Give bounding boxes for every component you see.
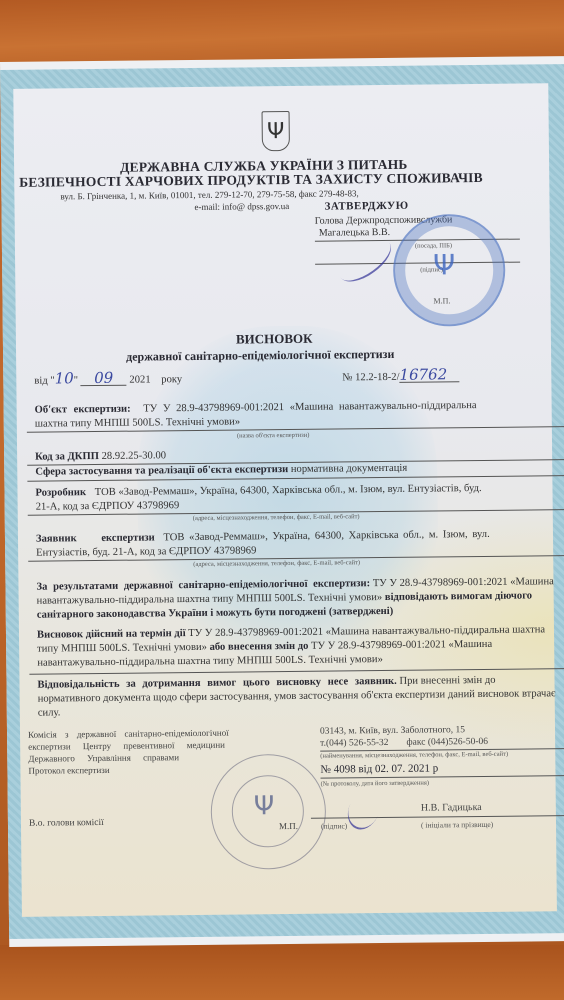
coat-of-arms-icon: Ψ — [262, 111, 290, 151]
developer-line2: 21-А, код за ЄДРПОУ 43798969 — [36, 499, 180, 515]
head-name: Н.В. Гадицька — [421, 802, 482, 814]
developer-label: Розробник — [35, 487, 86, 499]
responsibility-bold: Відповідальність за дотримання вимог цьо… — [37, 676, 396, 691]
validity-amend: або внесення змін до — [210, 641, 309, 653]
approval-stamp-label: М.П. — [433, 296, 450, 305]
stamp-trident-icon: Ψ — [254, 791, 275, 821]
applicant-label: Заявник експертизи — [36, 532, 155, 544]
object-line1: Об'єкт експертизи: ТУ У 28.9-43798969-00… — [35, 398, 550, 417]
scope-value: нормативна документація — [291, 463, 407, 475]
results-spec: ТУ У 28.9-43798969-001:2021 — [373, 577, 508, 589]
document-number: № 12.2-18-2/16762 — [342, 367, 459, 385]
agency-email: e-mail: info@ dpss.gov.ua — [194, 201, 289, 212]
object-value: ТУ У 28.9-43798969-001:2021 «Машина нава… — [143, 400, 476, 414]
document-body: Ψ ДЕРЖАВНА СЛУЖБА УКРАЇНИ З ПИТАНЬ БЕЗПЕ… — [13, 83, 557, 917]
approval-stamp: Ψ — [393, 214, 506, 327]
commission-stamp: Ψ — [210, 754, 326, 870]
date-day: 10 — [55, 369, 74, 387]
protocol-rule — [321, 775, 564, 779]
commission-stamp-label: М.П. — [279, 821, 298, 831]
scope-label: Сфера застосування та реалізації об'єкта… — [35, 464, 288, 478]
date-prefix: від — [34, 376, 47, 387]
approval-title: ЗАТВЕРДЖУЮ — [324, 200, 408, 213]
object-label: Об'єкт експертизи: — [35, 404, 131, 416]
results-paragraph: За результатами державної санітарно-епід… — [36, 575, 556, 622]
date-suffix: року — [161, 374, 182, 385]
date-month: 09 — [81, 371, 127, 386]
approval-name: Магалецька В.В. — [319, 227, 390, 239]
validity-spec: ТУ У 28.9-43798969-001:2021 «Машина нава… — [188, 625, 509, 639]
commission-head-label: В.о. голови комісії — [29, 818, 104, 829]
commission-contact: 03143, м. Київ, вул. Заболотного, 15 т.(… — [320, 724, 488, 750]
document-sheet: Ψ ДЕРЖАВНА СЛУЖБА УКРАЇНИ З ПИТАНЬ БЕЗПЕ… — [0, 56, 564, 947]
number-prefix: № 12.2-18-2/ — [342, 372, 399, 384]
number-handwritten: 16762 — [399, 367, 459, 383]
commission-phone: т.(044) 526-55-32 — [320, 738, 388, 749]
agency-address: вул. Б. Грінченка, 1, м. Київ, 01001, те… — [60, 188, 358, 201]
applicant-value: ТОВ «Завод-Реммаш», Україна, 64300, Харк… — [163, 529, 489, 543]
results-conform: відповідають — [385, 591, 448, 603]
head-signature — [342, 786, 386, 835]
dkpp-label: Код за ДКПП — [35, 451, 99, 463]
stamp-trident-icon: Ψ — [433, 248, 455, 281]
responsibility-paragraph: Відповідальність за дотримання вимог цьо… — [37, 673, 557, 720]
validity-spec2: ТУ У 28.9-43798969-001:2021 — [311, 639, 446, 651]
dkpp-value: 28.92.25-30.00 — [102, 450, 167, 462]
signature-caption: (підпис) — [321, 821, 347, 830]
wooden-table-background — [0, 945, 564, 1000]
head-name-caption: ( ініціали та прізвище) — [421, 820, 493, 830]
commission-fax: факс (044)526-50-06 — [406, 737, 488, 748]
document-title: ВИСНОВОК — [236, 331, 313, 348]
document-subtitle: державної санітарно-епідеміологічної екс… — [126, 347, 394, 365]
protocol-caption: (№ протоколу, дата його затвердження) — [321, 780, 430, 788]
validity-label: Висновок дійсний на термін дії — [37, 628, 186, 641]
protocol-value: № 4098 від 02. 07. 2021 р — [320, 762, 438, 775]
validity-paragraph: Висновок дійсний на термін дії ТУ У 28.9… — [37, 623, 557, 670]
developer-value: ТОВ «Завод-Реммаш», Україна, 64300, Харк… — [95, 483, 482, 498]
contact-caption: (найменування, місцезнаходження, телефон… — [320, 751, 508, 760]
date-line: від "10" 09 2021 року — [34, 370, 182, 389]
date-year: 2021 — [129, 374, 150, 385]
commission-block: Комісія з державної санітарно-епідеміоло… — [28, 726, 258, 776]
results-label: За результатами державної санітарно-епід… — [36, 578, 370, 592]
dkpp-line: Код за ДКПП 28.92.25-30.00 — [35, 449, 166, 464]
agency-title-line2: БЕЗПЕЧНОСТІ ХАРЧОВИХ ПРОДУКТІВ ТА ЗАХИСТ… — [19, 170, 483, 191]
object-caption: (назва об'єкта експертизи) — [237, 432, 310, 440]
